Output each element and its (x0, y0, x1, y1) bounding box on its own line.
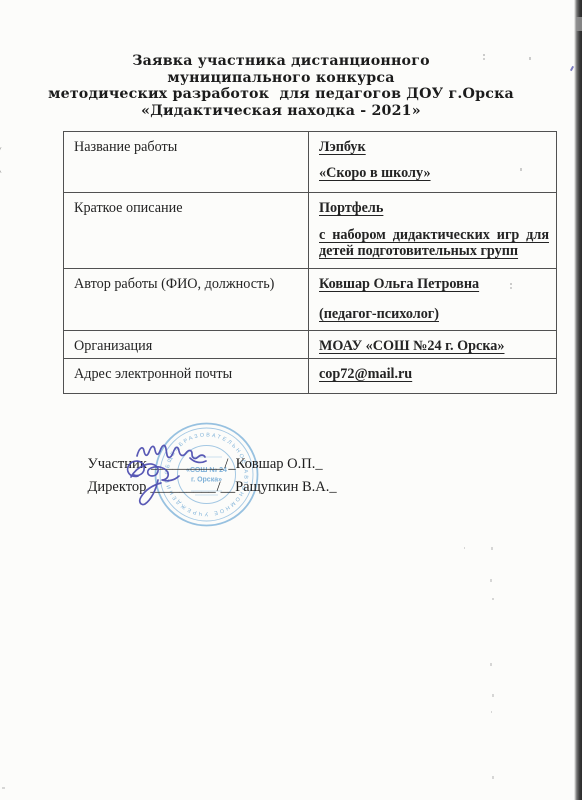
scan-speck (492, 776, 494, 779)
field-label-cell: Адрес электронной почты (64, 359, 309, 394)
scan-speck (510, 283, 512, 285)
table-row: Адрес электронной почты cop72@mail.ru (64, 359, 557, 394)
field-label-cell: Автор работы (ФИО, должность) (64, 269, 309, 331)
scanned-application-page: Заявка участника дистанционного муниципа… (0, 0, 582, 800)
scanner-edge-shadow (574, 0, 582, 800)
application-form-table: Название работы Лэпбук «Скоро в школу» К… (63, 131, 557, 394)
field-label: Краткое описание (74, 200, 183, 216)
table-row: Название работы Лэпбук «Скоро в школу» (64, 132, 557, 193)
field-label: Организация (74, 338, 152, 354)
field-value-line: с набором дидактических игр для детей по… (319, 227, 549, 259)
title-line: «Дидактическая находка - 2021» (45, 103, 517, 120)
field-label-cell: Краткое описание (64, 193, 309, 269)
handwritten-signatures (118, 430, 248, 515)
table-row: Краткое описание Портфель с набором дида… (64, 193, 557, 269)
document-title: Заявка участника дистанционного муниципа… (45, 53, 517, 119)
table-row: Автор работы (ФИО, должность) Ковшар Оль… (64, 269, 557, 331)
field-label: Название работы (74, 139, 177, 155)
field-value-line: (педагог-психолог) (319, 306, 549, 322)
field-label: Адрес электронной почты (74, 366, 232, 382)
title-line: Заявка участника дистанционного (45, 53, 517, 70)
field-value-line: Ковшар Ольга Петровна (319, 276, 549, 292)
field-label-cell: Организация (64, 331, 309, 359)
field-value-cell: cop72@mail.ru (309, 359, 557, 394)
field-label: Автор работы (ФИО, должность) (74, 276, 274, 292)
scan-speck (491, 711, 492, 713)
field-value-cell: МОАУ «СОШ №24 г. Орска» (309, 331, 557, 359)
field-value-cell: Портфель с набором дидактических игр для… (309, 193, 557, 269)
participant-signature-stroke (137, 445, 205, 458)
scan-speck (492, 694, 494, 697)
title-line: муниципального конкурса (45, 70, 517, 87)
field-value-cell: Ковшар Ольга Петровна (педагог-психолог) (309, 269, 557, 331)
scan-speck (491, 547, 493, 550)
field-value-line: МОАУ «СОШ №24 г. Орска» (319, 338, 549, 354)
scan-speck (529, 57, 531, 60)
field-value-cell: Лэпбук «Скоро в школу» (309, 132, 557, 193)
title-line: методических разработок для педагогов ДО… (45, 86, 517, 103)
field-value-line: Лэпбук (319, 139, 549, 155)
scan-speck (483, 54, 485, 56)
scan-speck (490, 663, 492, 666)
scan-speck (464, 547, 465, 549)
scan-speck (490, 579, 492, 582)
scan-speck (492, 598, 494, 600)
field-value-line: «Скоро в школу» (319, 165, 549, 181)
participant-signature-flourish (190, 458, 206, 462)
director-signature-descender (140, 480, 161, 505)
scan-artifact-left (0, 147, 7, 173)
director-signature-stroke (131, 464, 179, 481)
field-value-line: Портфель (319, 200, 549, 216)
field-label-cell: Название работы (64, 132, 309, 193)
table-row: Организация МОАУ «СОШ №24 г. Орска» (64, 331, 557, 359)
field-value-line: cop72@mail.ru (319, 366, 549, 382)
scanner-edge-highlight (576, 17, 582, 31)
scan-speck (2, 787, 5, 789)
scan-speck (520, 168, 522, 171)
director-signature-loop (128, 461, 145, 476)
